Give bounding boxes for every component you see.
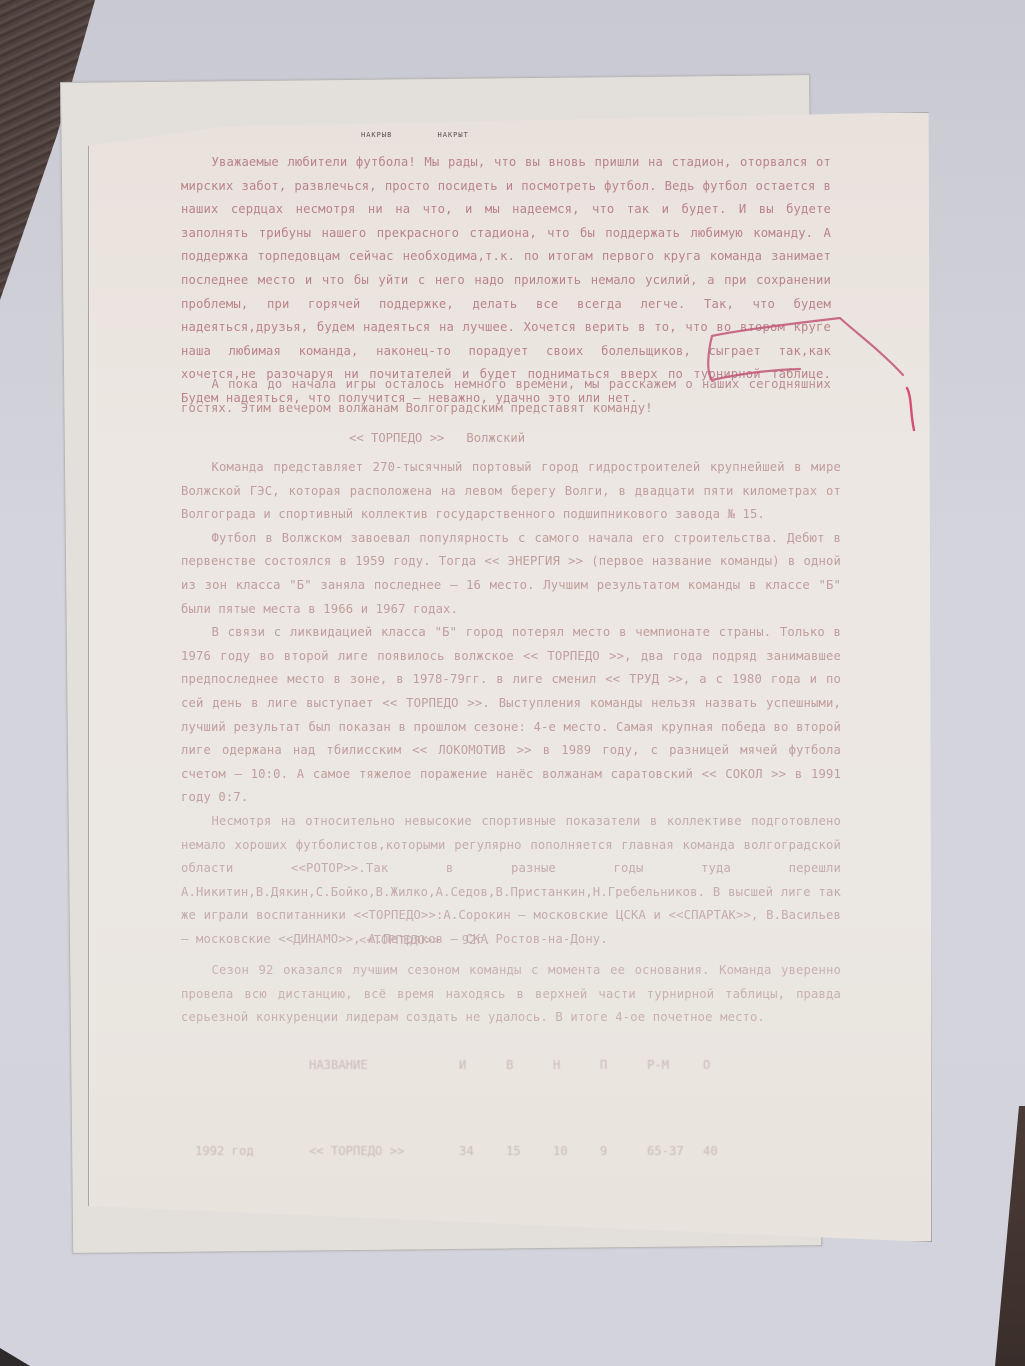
- column-header-drawn: Н: [553, 1058, 600, 1072]
- season-cell: 1992 год: [195, 1144, 309, 1158]
- column-header-lost: П: [600, 1058, 647, 1072]
- transition-paragraph: А пока до начала игры осталось немного в…: [181, 373, 831, 420]
- section-torpedo-history: Команда представляет 270-тысячный портов…: [181, 456, 841, 951]
- paragraph: Уважаемые любители футбола! Мы рады, что…: [181, 151, 831, 411]
- standings-header-row: НАЗВАНИЕ И В Н П Р-М О: [195, 1053, 755, 1077]
- drawn-cell: 10: [553, 1144, 600, 1158]
- won-cell: 15: [506, 1144, 553, 1158]
- table-row: 1992 год << ТОРПЕДО >> 34 15 10 9 65-37 …: [195, 1139, 755, 1163]
- played-cell: 34: [459, 1144, 506, 1158]
- paragraph: Сезон 92 оказался лучшим сезоном команды…: [181, 959, 841, 1030]
- column-header-points: О: [703, 1058, 733, 1072]
- column-header-won: В: [506, 1058, 553, 1072]
- standings-table: НАЗВАНИЕ И В Н П Р-М О 1992 год << ТОРПЕ…: [195, 1053, 755, 1163]
- intro-paragraph: Уважаемые любители футбола! Мы рады, что…: [181, 151, 831, 411]
- section-title-torpedo-volzhsky: << ТОРПЕДО >> Волжский: [349, 431, 525, 445]
- header-mark: НАКРЫТ: [438, 131, 469, 139]
- lost-cell: 9: [600, 1144, 647, 1158]
- paragraph: А пока до начала игры осталось немного в…: [181, 373, 831, 420]
- paragraph: Несмотря на относительно невысокие спорт…: [181, 810, 841, 952]
- section-season-92: Сезон 92 оказался лучшим сезоном команды…: [181, 959, 841, 1030]
- wooden-table-surface: [995, 1106, 1025, 1366]
- team-cell: << ТОРПЕДО >>: [309, 1144, 459, 1158]
- page-header-marks: НАКРЫВ НАКРЫТ: [361, 131, 509, 139]
- paragraph: Команда представляет 270-тысячный портов…: [181, 456, 841, 527]
- goals-cell: 65-37: [647, 1144, 703, 1158]
- column-header-played: И: [459, 1058, 506, 1072]
- section-title-torpedo-92: <<ТОРПЕДО>> 92г.: [359, 933, 491, 947]
- paragraph: Футбол в Волжском завоевал популярность …: [181, 527, 841, 621]
- wooden-table-surface: [0, 1348, 30, 1366]
- points-cell: 40: [703, 1144, 733, 1158]
- header-mark: НАКРЫВ: [361, 131, 392, 139]
- document-page: НАКРЫВ НАКРЫТ Уважаемые любители футбола…: [88, 112, 932, 1242]
- column-header-goals: Р-М: [647, 1058, 703, 1072]
- paragraph: В связи с ликвидацией класса "Б" город п…: [181, 621, 841, 810]
- column-header-name: НАЗВАНИЕ: [309, 1058, 459, 1072]
